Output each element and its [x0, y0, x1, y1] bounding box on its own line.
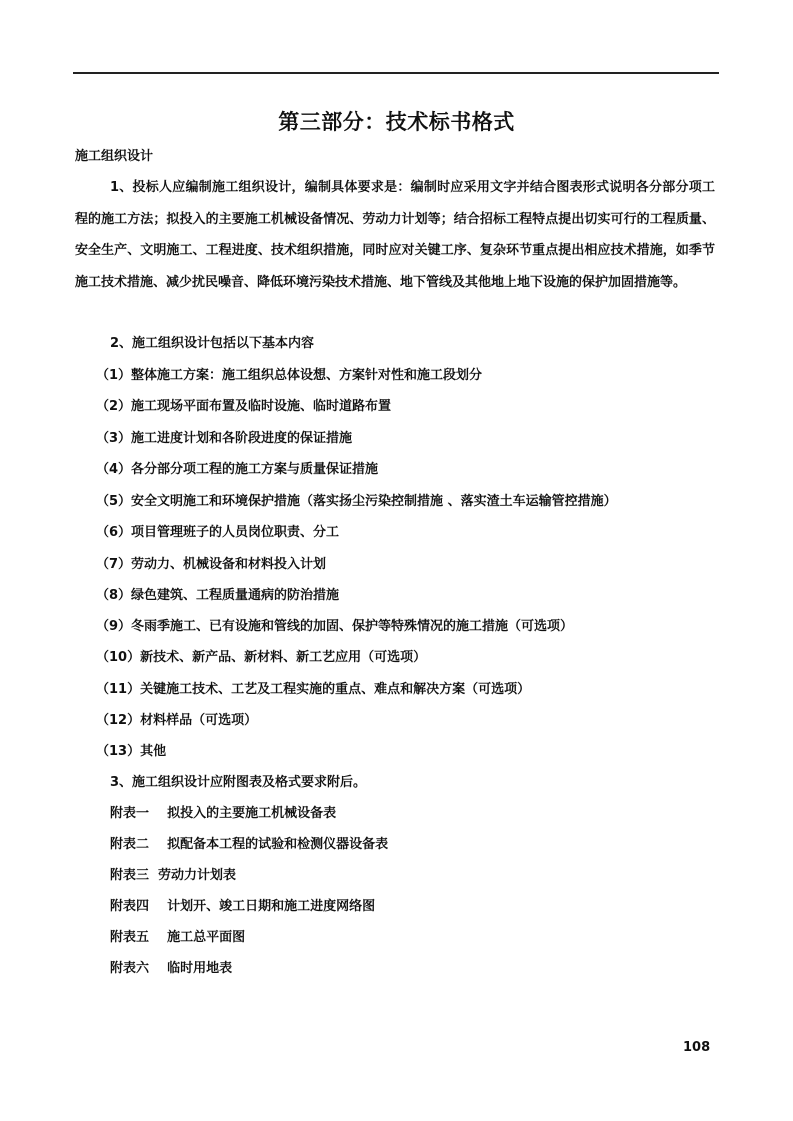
list-item: （8）绿色建筑、工程质量通病的防治措施 — [96, 584, 339, 603]
attachment-item: 附表四 计划开、竣工日期和施工进度网络图 — [110, 895, 375, 914]
attachment-item: 附表五 施工总平面图 — [110, 926, 245, 945]
list-item: （2）施工现场平面布置及临时设施、临时道路布置 — [96, 395, 391, 414]
section-heading: 施工组织设计 — [75, 145, 153, 164]
list-item: （1）整体施工方案：施工组织总体设想、方案针对性和施工段划分 — [96, 364, 482, 383]
list-item: （10）新技术、新产品、新材料、新工艺应用（可选项） — [96, 646, 426, 665]
attachment-item: 附表六 临时用地表 — [110, 957, 232, 976]
header-rule — [73, 72, 719, 74]
paragraph-2-heading: 2、施工组织设计包括以下基本内容 — [110, 332, 314, 351]
list-item: （6）项目管理班子的人员岗位职责、分工 — [96, 521, 339, 540]
list-item: （5）安全文明施工和环境保护措施（落实扬尘污染控制措施 、落实渣土车运输管控措施… — [96, 490, 617, 509]
list-item: （7）劳动力、机械设备和材料投入计划 — [96, 553, 326, 572]
list-item: （9）冬雨季施工、已有设施和管线的加固、保护等特殊情况的施工措施（可选项） — [96, 615, 573, 634]
list-item: （12）材料样品（可选项） — [96, 709, 257, 728]
paragraph-3-heading: 3、施工组织设计应附图表及格式要求附后。 — [110, 771, 366, 790]
paragraph-requirements: 1、投标人应编制施工组织设计，编制具体要求是：编制时应采用文字并结合图表形式说明… — [75, 172, 715, 298]
list-item: （11）关键施工技术、工艺及工程实施的重点、难点和解决方案（可选项） — [96, 678, 530, 697]
list-item: （3）施工进度计划和各阶段进度的保证措施 — [96, 427, 352, 446]
page-number: 108 — [683, 1040, 710, 1055]
attachment-item: 附表二 拟配备本工程的试验和检测仪器设备表 — [110, 833, 388, 852]
page-title: 第三部分：技术标书格式 — [0, 106, 793, 136]
attachment-item: 附表三 劳动力计划表 — [110, 864, 236, 883]
attachment-item: 附表一 拟投入的主要施工机械设备表 — [110, 802, 336, 821]
list-item: （4）各分部分项工程的施工方案与质量保证措施 — [96, 458, 378, 477]
list-item: （13）其他 — [96, 740, 166, 759]
